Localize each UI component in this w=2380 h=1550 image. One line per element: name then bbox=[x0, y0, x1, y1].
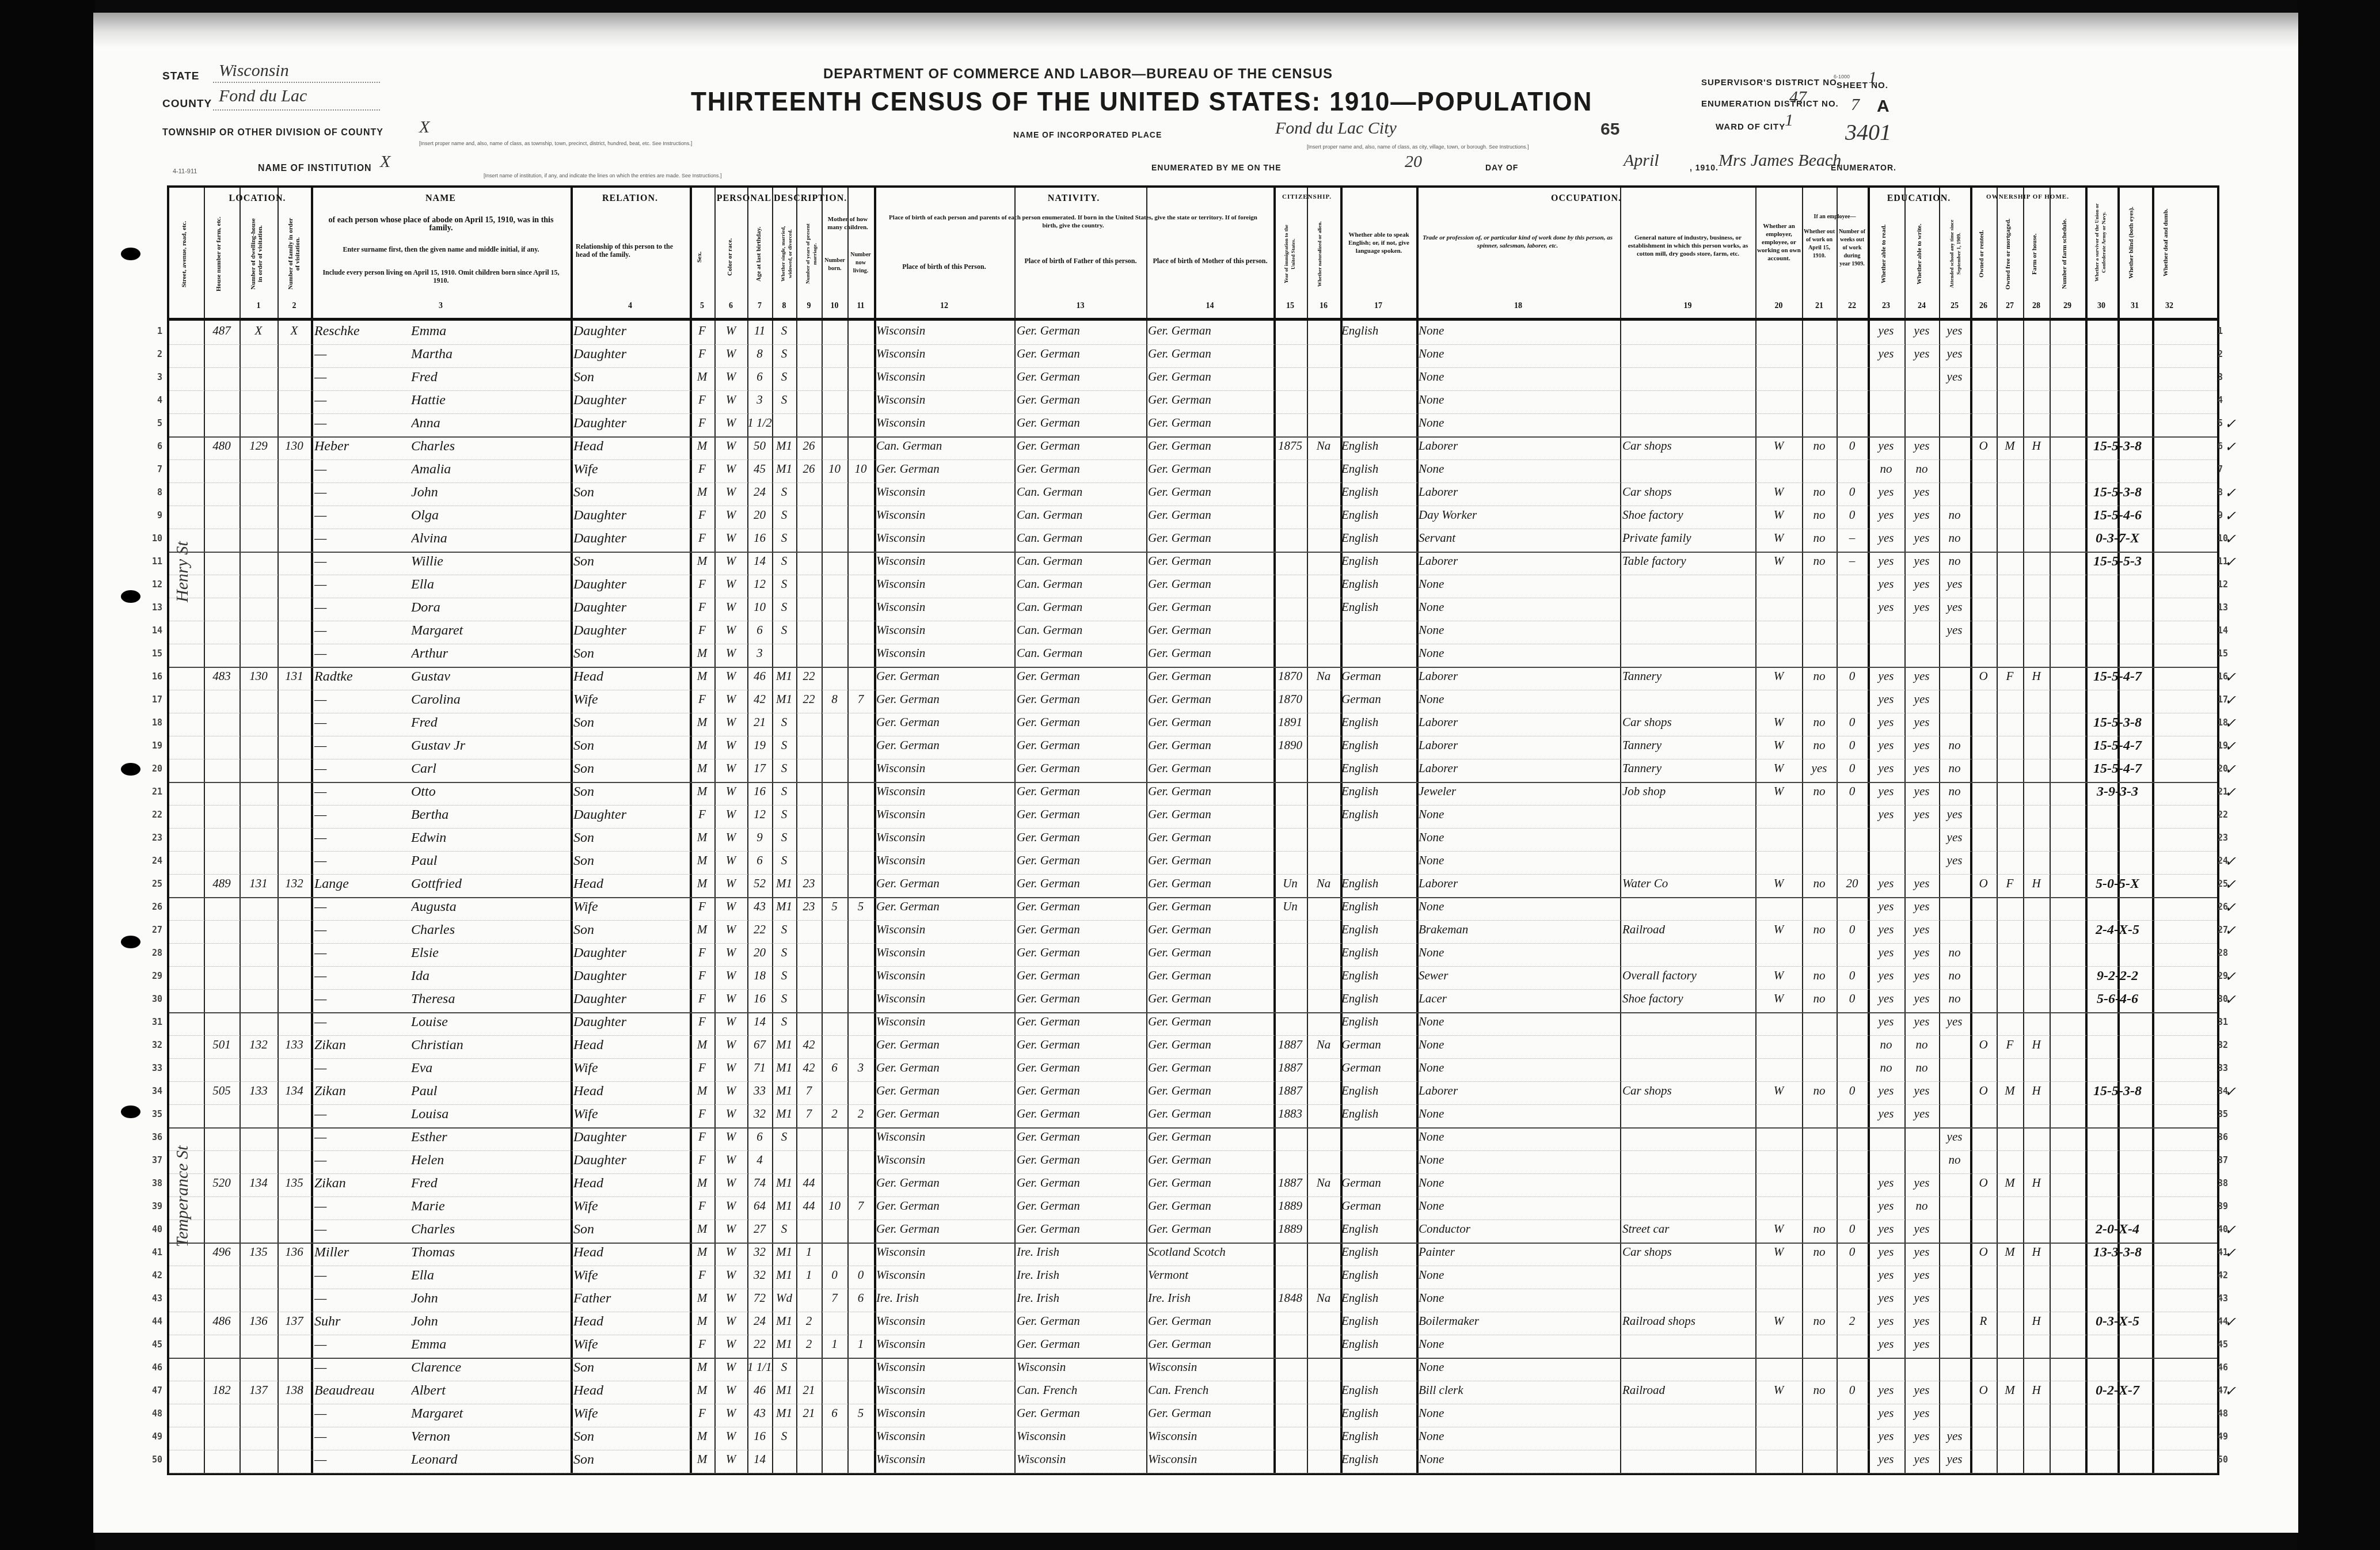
cell-write: yes bbox=[1904, 1222, 1939, 1240]
table-row: —JohnSonMW24SWisconsinCan. GermanGer. Ge… bbox=[169, 483, 2217, 506]
cell-given: Helen bbox=[411, 1153, 568, 1171]
cell-nat bbox=[1307, 738, 1340, 757]
cell-own bbox=[1970, 1268, 1997, 1286]
cell-surname: — bbox=[314, 1107, 412, 1125]
cell-race: W bbox=[714, 761, 747, 780]
col-number: 1 bbox=[239, 302, 277, 311]
cell-oow bbox=[1802, 462, 1837, 480]
cell-race: W bbox=[714, 715, 747, 734]
cell-own bbox=[1970, 1222, 1997, 1240]
cell-oow: no bbox=[1802, 439, 1837, 457]
table-row: —BerthaDaughterFW12SWisconsinGer. German… bbox=[169, 805, 2217, 829]
cell-occ: None bbox=[1419, 623, 1619, 641]
cell-fh bbox=[2023, 1061, 2050, 1079]
table-row: —MargaretDaughterFW6SWisconsinCan. Germa… bbox=[169, 621, 2217, 644]
cell-fpob: Can. German bbox=[1017, 577, 1146, 595]
table-row: —Gustav JrSonMW19SGer. GermanGer. German… bbox=[169, 736, 2217, 759]
cell-oow: no bbox=[1802, 738, 1837, 757]
cell-pob: Wisconsin bbox=[876, 623, 1013, 641]
institution-note: [Insert name of institution, if any, and… bbox=[484, 173, 722, 178]
cell-sex: M bbox=[690, 1245, 714, 1263]
cell-oow bbox=[1802, 692, 1837, 711]
cell-surname: — bbox=[314, 1429, 412, 1448]
cell-dw: 132 bbox=[239, 1038, 277, 1056]
cell-surname: — bbox=[314, 600, 412, 618]
line-number: 2 bbox=[143, 349, 162, 359]
cell-emp bbox=[1755, 1015, 1802, 1033]
cell-dw bbox=[239, 830, 277, 849]
cell-own: O bbox=[1970, 1038, 1997, 1056]
cell-given: Fred bbox=[411, 1176, 568, 1194]
cell-fpob: Can. German bbox=[1017, 508, 1146, 526]
cell-dw bbox=[239, 1360, 277, 1378]
cell-fh bbox=[2023, 1360, 2050, 1378]
line-number: 50 bbox=[2218, 1454, 2241, 1465]
line-number: 18 bbox=[143, 717, 162, 728]
cell-dw bbox=[239, 692, 277, 711]
cell-read: yes bbox=[1868, 1199, 1904, 1217]
cell-mpob: Ger. German bbox=[1148, 623, 1272, 641]
cell-imm bbox=[1273, 1015, 1307, 1033]
cell-rel: Son bbox=[573, 830, 689, 849]
cell-yrs bbox=[796, 1291, 822, 1309]
cell-read: yes bbox=[1868, 1291, 1904, 1309]
cell-nat bbox=[1307, 1153, 1340, 1171]
cell-pob: Wisconsin bbox=[876, 1452, 1013, 1471]
cell-fam bbox=[277, 646, 311, 664]
cell-house bbox=[204, 1107, 239, 1125]
cell-occupation-code: 15-5-3-8 bbox=[2050, 439, 2185, 457]
cell-ms: M1 bbox=[772, 1383, 796, 1401]
cell-fh bbox=[2023, 1107, 2050, 1125]
cell-fpob: Ger. German bbox=[1017, 1038, 1146, 1056]
line-number: 41 bbox=[2218, 1247, 2241, 1258]
cell-wks bbox=[1837, 623, 1868, 641]
cell-living bbox=[847, 876, 874, 895]
cell-mpob: Ger. German bbox=[1148, 646, 1272, 664]
cell-emp bbox=[1755, 1337, 1802, 1355]
cell-wks bbox=[1837, 393, 1868, 411]
table-row: —EllaDaughterFW12SWisconsinCan. GermanGe… bbox=[169, 575, 2217, 598]
cell-ms: M1 bbox=[772, 1406, 796, 1424]
cell-rel: Son bbox=[573, 853, 689, 872]
cell-fam bbox=[277, 1015, 311, 1033]
cell-house: 486 bbox=[204, 1314, 239, 1332]
col-5-desc: Sex. bbox=[696, 222, 703, 291]
table-row: —EvaWifeFW71M14263Ger. GermanGer. German… bbox=[169, 1058, 2217, 1082]
cell-fpob: Ger. German bbox=[1017, 1314, 1146, 1332]
cell-given: Eva bbox=[411, 1061, 568, 1079]
cell-mpob: Ger. German bbox=[1148, 853, 1272, 872]
cell-fpob: Ger. German bbox=[1017, 347, 1146, 365]
cell-given: Willie bbox=[411, 554, 568, 572]
enumerated-label: Enumerated by me on the bbox=[1151, 163, 1282, 172]
cell-occ: Painter bbox=[1419, 1245, 1619, 1263]
cell-own bbox=[1970, 347, 1997, 365]
cell-pob: Ger. German bbox=[876, 692, 1013, 711]
cell-nat bbox=[1307, 991, 1340, 1010]
township-value: X bbox=[419, 117, 429, 137]
cell-occ: Laborer bbox=[1419, 485, 1619, 503]
cell-rel: Head bbox=[573, 1383, 689, 1401]
cell-fam bbox=[277, 830, 311, 849]
cell-read: yes bbox=[1868, 577, 1904, 595]
cell-wks bbox=[1837, 1061, 1868, 1079]
cell-lang: English bbox=[1341, 807, 1416, 826]
cell-school: no bbox=[1939, 945, 1970, 964]
cell-ms: M1 bbox=[772, 1107, 796, 1125]
cell-school: yes bbox=[1939, 1015, 1970, 1033]
cell-fam: 136 bbox=[277, 1245, 311, 1263]
table-row: —IdaDaughterFW18SWisconsinGer. GermanGer… bbox=[169, 966, 2217, 990]
cell-own bbox=[1970, 830, 1997, 849]
cell-born bbox=[822, 393, 847, 411]
cell-imm bbox=[1273, 1360, 1307, 1378]
cell-lang: English bbox=[1341, 1291, 1416, 1309]
cell-age: 20 bbox=[747, 945, 772, 964]
cell-oow bbox=[1802, 347, 1837, 365]
table-row: —ElsieDaughterFW20SWisconsinGer. GermanG… bbox=[169, 943, 2217, 967]
line-number: 39 bbox=[2218, 1201, 2241, 1211]
cell-school bbox=[1939, 1291, 1970, 1309]
col-14-desc: Place of birth of Mother of this person. bbox=[1149, 257, 1271, 265]
cell-mpob: Wisconsin bbox=[1148, 1452, 1272, 1471]
cell-dw bbox=[239, 968, 277, 987]
cell-dw bbox=[239, 761, 277, 780]
cell-yrs bbox=[796, 1360, 822, 1378]
cell-dw bbox=[239, 1153, 277, 1171]
cell-read: yes bbox=[1868, 991, 1904, 1010]
cell-occ: None bbox=[1419, 1406, 1619, 1424]
cell-ind: Table factory bbox=[1622, 554, 1755, 572]
col-18-desc: Trade or profession of, or particular ki… bbox=[1420, 234, 1615, 250]
cell-emp bbox=[1755, 1176, 1802, 1194]
cell-living bbox=[847, 1084, 874, 1102]
cell-occ: None bbox=[1419, 830, 1619, 849]
cell-write bbox=[1904, 1130, 1939, 1148]
col-number: 23 bbox=[1868, 302, 1904, 311]
cell-house bbox=[204, 692, 239, 711]
cell-living: 0 bbox=[847, 1268, 874, 1286]
cell-wks bbox=[1837, 1176, 1868, 1194]
cell-write bbox=[1904, 623, 1939, 641]
cell-own bbox=[1970, 945, 1997, 964]
cell-write bbox=[1904, 1153, 1939, 1171]
cell-yrs bbox=[796, 485, 822, 503]
cell-write: no bbox=[1904, 1199, 1939, 1217]
cell-emp bbox=[1755, 1406, 1802, 1424]
cell-pob: Wisconsin bbox=[876, 324, 1013, 342]
cell-emp bbox=[1755, 1199, 1802, 1217]
cell-rel: Son bbox=[573, 761, 689, 780]
cell-house: 487 bbox=[204, 324, 239, 342]
cell-born bbox=[822, 600, 847, 618]
cell-pob: Ger. German bbox=[876, 1084, 1013, 1102]
cell-age: 67 bbox=[747, 1038, 772, 1056]
sheet-value: 7 bbox=[1851, 95, 1860, 115]
cell-fpob: Ger. German bbox=[1017, 876, 1146, 895]
cell-living: 5 bbox=[847, 899, 874, 918]
cell-born bbox=[822, 715, 847, 734]
cell-oow bbox=[1802, 646, 1837, 664]
col-number: 32 bbox=[2152, 302, 2187, 311]
cell-yrs: 44 bbox=[796, 1176, 822, 1194]
cell-house bbox=[204, 600, 239, 618]
cell-age: 16 bbox=[747, 1429, 772, 1448]
cell-occ: None bbox=[1419, 646, 1619, 664]
group-education: EDUCATION. bbox=[1868, 193, 1970, 204]
cell-yrs: 1 bbox=[796, 1245, 822, 1263]
cell-sex: M bbox=[690, 1176, 714, 1194]
cell-race: W bbox=[714, 623, 747, 641]
cell-mort: F bbox=[1997, 876, 2023, 895]
cell-race: W bbox=[714, 1015, 747, 1033]
cell-surname: — bbox=[314, 1199, 412, 1217]
cell-given: Carl bbox=[411, 761, 568, 780]
cell-age: 52 bbox=[747, 876, 772, 895]
cell-race: W bbox=[714, 462, 747, 480]
cell-wks: 0 bbox=[1837, 968, 1868, 987]
cell-given: Augusta bbox=[411, 899, 568, 918]
cell-occ: None bbox=[1419, 1337, 1619, 1355]
cell-ind bbox=[1622, 1429, 1755, 1448]
cell-occ: None bbox=[1419, 393, 1619, 411]
cell-emp: W bbox=[1755, 1314, 1802, 1332]
cell-occupation-code bbox=[2050, 623, 2185, 641]
cell-fam bbox=[277, 600, 311, 618]
cell-fh bbox=[2023, 1452, 2050, 1471]
cell-pob: Wisconsin bbox=[876, 1015, 1013, 1033]
cell-age: 33 bbox=[747, 1084, 772, 1102]
cell-ind bbox=[1622, 646, 1755, 664]
punch-hole-icon bbox=[121, 1105, 140, 1118]
cell-oow bbox=[1802, 1061, 1837, 1079]
cell-occupation-code bbox=[2050, 1452, 2185, 1471]
cell-dw: 130 bbox=[239, 669, 277, 687]
cell-house bbox=[204, 577, 239, 595]
cell-rel: Daughter bbox=[573, 1153, 689, 1171]
cell-born bbox=[822, 1153, 847, 1171]
cell-ms: M1 bbox=[772, 1314, 796, 1332]
cell-living bbox=[847, 968, 874, 987]
cell-dw: 129 bbox=[239, 439, 277, 457]
cell-nat bbox=[1307, 347, 1340, 365]
cell-fh bbox=[2023, 1337, 2050, 1355]
cell-rel: Head bbox=[573, 1038, 689, 1056]
cell-occupation-code: 9-2-2-2 bbox=[2050, 968, 2185, 987]
cell-sex: F bbox=[690, 577, 714, 595]
cell-ind: Car shops bbox=[1622, 1245, 1755, 1263]
cell-school: yes bbox=[1939, 600, 1970, 618]
cell-age: 32 bbox=[747, 1268, 772, 1286]
cell-oow: no bbox=[1802, 1222, 1837, 1240]
cell-ms: S bbox=[772, 623, 796, 641]
cell-house bbox=[204, 761, 239, 780]
cell-own bbox=[1970, 853, 1997, 872]
cell-oow: yes bbox=[1802, 761, 1837, 780]
cell-house bbox=[204, 1199, 239, 1217]
cell-emp bbox=[1755, 1153, 1802, 1171]
cell-write: yes bbox=[1904, 508, 1939, 526]
county-line bbox=[213, 109, 380, 111]
line-number: 45 bbox=[143, 1339, 162, 1350]
cell-ind bbox=[1622, 807, 1755, 826]
cell-race: W bbox=[714, 807, 747, 826]
cell-living bbox=[847, 807, 874, 826]
cell-oow bbox=[1802, 1360, 1837, 1378]
cell-school bbox=[1939, 899, 1970, 918]
col-13-desc: Place of birth of Father of this person. bbox=[1018, 257, 1143, 265]
cell-emp bbox=[1755, 807, 1802, 826]
line-number: 37 bbox=[2218, 1155, 2241, 1165]
cell-imm bbox=[1273, 508, 1307, 526]
group-relation: RELATION. bbox=[571, 193, 690, 204]
cell-own bbox=[1970, 531, 1997, 549]
cell-dw bbox=[239, 1015, 277, 1033]
cell-fam bbox=[277, 1061, 311, 1079]
cell-fpob: Ger. German bbox=[1017, 439, 1146, 457]
cell-occupation-code bbox=[2050, 1153, 2185, 1171]
cell-ms: S bbox=[772, 991, 796, 1010]
cell-given: Hattie bbox=[411, 393, 568, 411]
cell-yrs bbox=[796, 531, 822, 549]
cell-given: Leonard bbox=[411, 1452, 568, 1471]
cell-age: 6 bbox=[747, 853, 772, 872]
cell-nat bbox=[1307, 899, 1340, 918]
stamp-number: 3401 bbox=[1845, 119, 1891, 146]
line-number: 27 bbox=[143, 925, 162, 935]
ward-label: Ward of city bbox=[1716, 122, 1785, 132]
cell-imm bbox=[1273, 1429, 1307, 1448]
cell-living bbox=[847, 439, 874, 457]
cell-given: John bbox=[411, 1291, 568, 1309]
cell-mort bbox=[1997, 853, 2023, 872]
cell-pob: Ger. German bbox=[876, 899, 1013, 918]
cell-ms: S bbox=[772, 945, 796, 964]
col-number: 18 bbox=[1416, 302, 1620, 311]
cell-mpob: Can. French bbox=[1148, 1383, 1272, 1401]
cell-born bbox=[822, 1015, 847, 1033]
col-number: 14 bbox=[1146, 302, 1273, 311]
cell-rel: Head bbox=[573, 876, 689, 895]
cell-dw bbox=[239, 646, 277, 664]
sheet-side: A bbox=[1877, 97, 1890, 116]
cell-race: W bbox=[714, 370, 747, 388]
cell-ms: M1 bbox=[772, 1176, 796, 1194]
cell-read bbox=[1868, 416, 1904, 434]
cell-school: yes bbox=[1939, 1429, 1970, 1448]
cell-age: 20 bbox=[747, 508, 772, 526]
cell-surname: Lange bbox=[314, 876, 412, 895]
cell-occ: Jeweler bbox=[1419, 784, 1619, 803]
cell-ind: Railroad bbox=[1622, 922, 1755, 941]
cell-given: Margaret bbox=[411, 623, 568, 641]
cell-nat bbox=[1307, 1107, 1340, 1125]
cell-read: yes bbox=[1868, 876, 1904, 895]
line-number: 6 bbox=[143, 441, 162, 451]
cell-occ: None bbox=[1419, 899, 1619, 918]
cell-fpob: Can. German bbox=[1017, 531, 1146, 549]
cell-oow bbox=[1802, 1107, 1837, 1125]
col-11-desc: Number now living. bbox=[849, 251, 873, 275]
cell-write: yes bbox=[1904, 1452, 1939, 1471]
cell-ms: S bbox=[772, 554, 796, 572]
cell-yrs bbox=[796, 554, 822, 572]
cell-mort bbox=[1997, 347, 2023, 365]
cell-fam bbox=[277, 1107, 311, 1125]
cell-mort bbox=[1997, 646, 2023, 664]
cell-occ: None bbox=[1419, 462, 1619, 480]
enumerator-label: Enumerator. bbox=[1831, 163, 1896, 172]
cell-ind: Tannery bbox=[1622, 761, 1755, 780]
cell-ind bbox=[1622, 462, 1755, 480]
cell-lang bbox=[1341, 1360, 1416, 1378]
cell-school bbox=[1939, 876, 1970, 895]
cell-own bbox=[1970, 416, 1997, 434]
cell-occupation-code: 15-5-4-7 bbox=[2050, 761, 2185, 780]
col-street-desc: Street, avenue, road, etc. bbox=[181, 216, 188, 291]
cell-house bbox=[204, 991, 239, 1010]
cell-occ: None bbox=[1419, 416, 1619, 434]
line-number: 38 bbox=[143, 1178, 162, 1188]
col-19-desc: General nature of industry, business, or… bbox=[1623, 234, 1753, 258]
cell-read bbox=[1868, 1360, 1904, 1378]
cell-ind bbox=[1622, 370, 1755, 388]
cell-surname: — bbox=[314, 416, 412, 434]
line-number: 47 bbox=[143, 1385, 162, 1396]
cell-fam bbox=[277, 370, 311, 388]
cell-emp bbox=[1755, 1130, 1802, 1148]
table-row: —EllaWifeFW32M1100WisconsinIre. IrishVer… bbox=[169, 1266, 2217, 1289]
cell-wks bbox=[1837, 646, 1868, 664]
year-label: , 1910. bbox=[1690, 163, 1719, 172]
cell-fam bbox=[277, 1337, 311, 1355]
cell-living bbox=[847, 416, 874, 434]
line-number: 39 bbox=[143, 1201, 162, 1211]
cell-oow bbox=[1802, 600, 1837, 618]
cell-fam bbox=[277, 968, 311, 987]
cell-dw bbox=[239, 853, 277, 872]
incorporated-value: Fond du Lac City bbox=[1275, 119, 1397, 138]
cell-mort bbox=[1997, 600, 2023, 618]
cell-nat bbox=[1307, 393, 1340, 411]
cell-occ: None bbox=[1419, 1291, 1619, 1309]
cell-ind: Overall factory bbox=[1622, 968, 1755, 987]
cell-age: 45 bbox=[747, 462, 772, 480]
cell-house: 480 bbox=[204, 439, 239, 457]
cell-pob: Wisconsin bbox=[876, 991, 1013, 1010]
cell-fh bbox=[2023, 508, 2050, 526]
cell-ms: S bbox=[772, 1015, 796, 1033]
cell-surname: — bbox=[314, 1222, 412, 1240]
cell-pob: Ger. German bbox=[876, 1061, 1013, 1079]
cell-occ: Laborer bbox=[1419, 876, 1619, 895]
cell-emp bbox=[1755, 623, 1802, 641]
cell-read: yes bbox=[1868, 899, 1904, 918]
cell-imm bbox=[1273, 761, 1307, 780]
cell-fam: X bbox=[277, 324, 311, 342]
cell-occupation-code bbox=[2050, 1337, 2185, 1355]
cell-fpob: Ger. German bbox=[1017, 462, 1146, 480]
cell-house bbox=[204, 416, 239, 434]
cell-read: yes bbox=[1868, 1015, 1904, 1033]
line-number: 21 bbox=[2218, 787, 2241, 797]
col-27-desc: Owned free or mortgaged. bbox=[2005, 216, 2012, 291]
cell-occupation-code: 0-2-X-7 bbox=[2050, 1383, 2185, 1401]
cell-lang bbox=[1341, 1130, 1416, 1148]
cell-fam: 130 bbox=[277, 439, 311, 457]
cell-imm bbox=[1273, 1153, 1307, 1171]
